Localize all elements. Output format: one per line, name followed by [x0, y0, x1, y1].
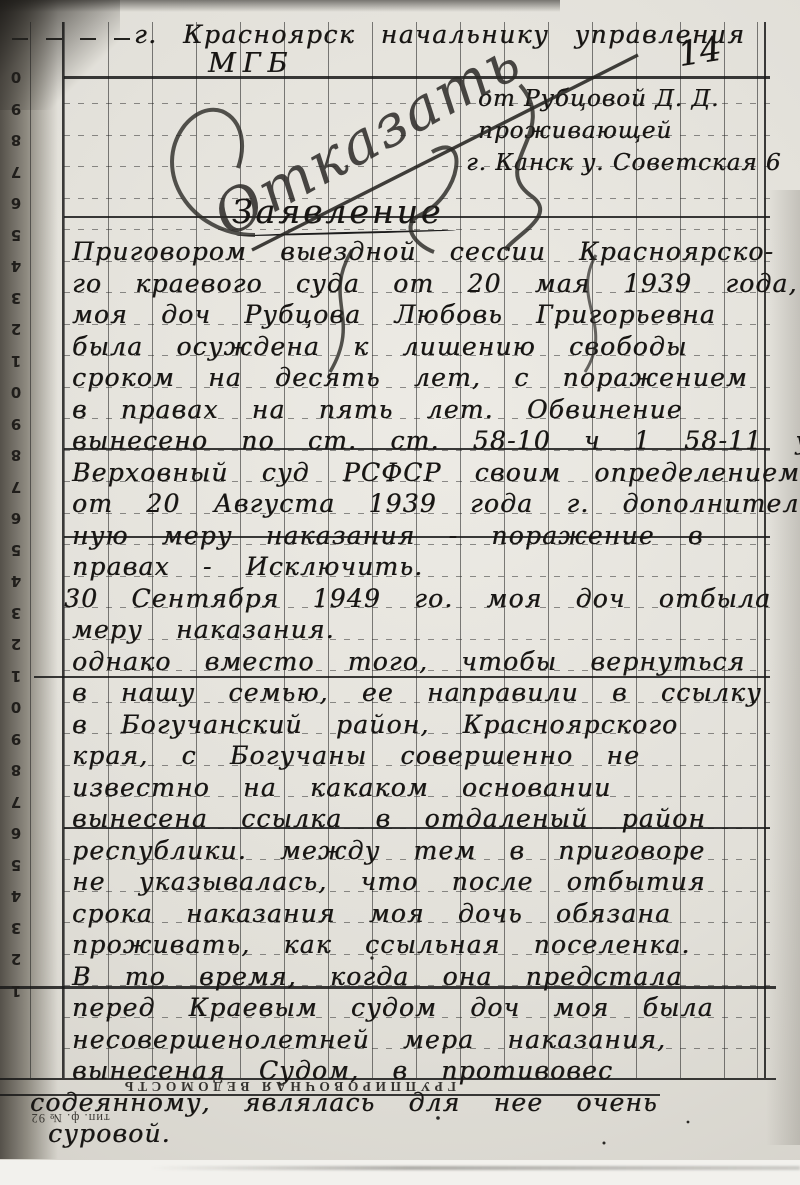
handwritten-line: меру наказания.	[72, 615, 335, 644]
margin-digit: 2	[6, 950, 26, 968]
margin-digit: 9	[6, 730, 26, 748]
handwritten-line: го краевого суда от 20 мая 1939 года,	[72, 269, 798, 298]
scan-top-edge	[0, 0, 560, 12]
grid-line	[680, 22, 681, 1078]
handwritten-line: республики. между тем в приговоре	[72, 836, 705, 865]
preprinted-form-title: ГРУППИРОВОЧНАЯ ВЕДОМОСТЬ	[118, 1079, 458, 1094]
margin-digit: 6	[6, 194, 26, 212]
margin-digit: 3	[6, 919, 26, 937]
margin-digit: 2	[6, 320, 26, 338]
grid-line	[62, 22, 64, 1078]
handwritten-line: ную меру наказания - поражение в	[72, 521, 704, 550]
handwritten-line: сроком на десять лет, с поражением	[72, 363, 748, 392]
sender-address: г. Канск у. Советская 6	[466, 150, 782, 176]
leader-dashes	[12, 38, 138, 40]
margin-digit: 4	[6, 257, 26, 275]
handwritten-line: вынесено по ст. ст. 58-10 ч 1 58-11 ук с…	[72, 426, 800, 455]
ink-speck	[603, 1142, 606, 1145]
document-title: Заявление	[232, 192, 443, 231]
sender-residence: проживающей	[478, 118, 672, 144]
addressee-org: МГБ	[208, 48, 294, 79]
handwritten-line: в Богучанский район, Красноярского	[72, 710, 678, 739]
margin-digit: 6	[6, 509, 26, 527]
scan-right-smudge	[766, 190, 800, 1145]
margin-digit: 8	[6, 761, 26, 779]
margin-digit: 0	[6, 698, 26, 716]
grid-line	[30, 22, 31, 1078]
margin-digit: 4	[6, 887, 26, 905]
grid-line	[724, 22, 725, 1078]
margin-digit: 8	[6, 131, 26, 149]
addressee-line: г. Красноярск начальнику управления	[134, 20, 745, 49]
handwritten-line: Верховный суд РСФСР своим определением	[72, 458, 800, 487]
scan-corner-shadow	[0, 0, 120, 110]
handwritten-line: моя доч Рубцова Любовь Григорьевна	[72, 300, 716, 329]
handwritten-line: в правах на пять лет. Обвинение	[72, 395, 683, 424]
margin-digit: 4	[6, 572, 26, 590]
handwritten-line: края, с Богучаны совершенно не	[72, 741, 640, 770]
handwritten-line: не указывалась, что после отбытия	[72, 867, 706, 896]
handwritten-line: Приговором выездной сессии Красноярско-	[72, 237, 774, 266]
handwritten-line: проживать, как ссыльная поселенка.	[72, 930, 691, 959]
grid-line	[764, 22, 766, 1078]
page-number: 14	[675, 29, 724, 75]
margin-digit: 7	[6, 793, 26, 811]
handwritten-line: вынесена ссылка в отдаленый район	[72, 804, 706, 833]
handwritten-line: срока наказания моя дочь обязана	[72, 899, 671, 928]
margin-digit: 7	[6, 163, 26, 181]
margin-digit: 5	[6, 856, 26, 874]
margin-digit: 1	[6, 667, 26, 685]
margin-digit: 7	[6, 478, 26, 496]
scanned-document-page: 098765432109876543210987654321 г. Красно…	[0, 0, 800, 1185]
grid-line	[64, 76, 770, 79]
margin-digit: 5	[6, 226, 26, 244]
margin-digit: 6	[6, 824, 26, 842]
margin-digit: 8	[6, 446, 26, 464]
handwritten-line: в нашу семью, ее направили в ссылку	[72, 678, 762, 707]
handwritten-line: несовершенолетней мера наказания,	[72, 1025, 666, 1054]
sender-name: от Рубцовой Д. Д.	[478, 86, 719, 112]
handwritten-line: перед Краевым судом доч моя была	[72, 993, 714, 1022]
handwritten-line: известно на какаком основании	[72, 773, 611, 802]
margin-digit: 3	[6, 289, 26, 307]
handwritten-line: 30 Сентября 1949 го. моя доч отбыла	[64, 584, 771, 613]
margin-digit: 9	[6, 415, 26, 433]
margin-digit: 0	[6, 383, 26, 401]
handwritten-line: В то время, когда она предстала	[72, 962, 683, 991]
handwritten-line: была осуждена к лишению свободы	[72, 332, 688, 361]
margin-digit: 0	[6, 68, 26, 86]
handwritten-line: от 20 Августа 1939 года г. дополнитель	[72, 489, 800, 518]
margin-digit: 1	[6, 352, 26, 370]
margin-digit: 9	[6, 100, 26, 118]
margin-digit: 3	[6, 604, 26, 622]
ink-speck	[687, 1121, 690, 1124]
handwritten-line: правах - Исключить.	[72, 552, 423, 581]
margin-digit: 5	[6, 541, 26, 559]
grid-line	[757, 22, 758, 1078]
preprinted-form-number: тип. ф. № 92	[0, 1110, 140, 1125]
handwritten-line: однако вместо того, чтобы вернуться	[72, 647, 745, 676]
grid-line	[64, 22, 65, 1078]
paper-bottom-edge	[0, 1160, 800, 1185]
margin-digit: 1	[6, 982, 26, 1000]
margin-digit: 2	[6, 635, 26, 653]
paper-edge-shadow	[150, 1166, 800, 1170]
ink-speck	[436, 1116, 440, 1120]
